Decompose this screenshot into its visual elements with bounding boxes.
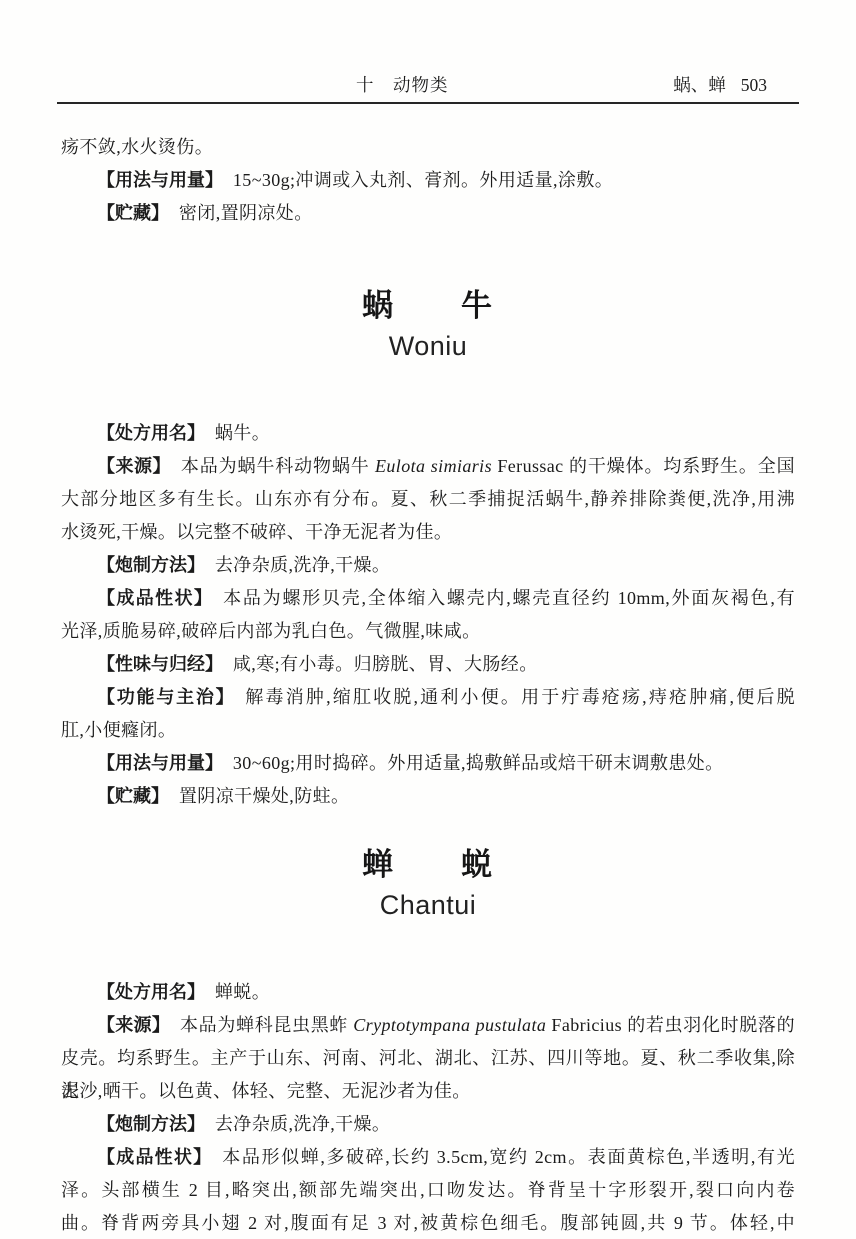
line-text: 去净杂质,洗净,干燥。 (215, 1114, 390, 1134)
text-line: 水烫死,干燥。以完整不破碎、干净无泥者为佳。 (61, 516, 795, 549)
running-head-title: 蜗、蝉 (673, 75, 726, 95)
field-label: 【用法与用量】 (97, 170, 223, 190)
line-text: 置阴凉干燥处,防蛀。 (179, 786, 350, 806)
line-text: 解毒消肿,缩肛收脱,通利小便。用于疔毒疮疡,痔疮肿痛,便后脱 (245, 687, 795, 707)
line-text: 本品为蜗牛科动物蜗牛 (181, 456, 375, 476)
header-divider-rule (57, 102, 799, 104)
text-line: 【处方用名】蜗牛。 (61, 417, 795, 450)
line-text: 30~60g;用时捣碎。外用适量,捣敷鲜品或焙干研末调敷患处。 (233, 753, 724, 773)
latin-species-name: Cryptotympana pustulata (353, 1015, 546, 1035)
field-label: 【来源】 (97, 1015, 170, 1035)
page-header: 十 动物类 蜗、蝉503 (61, 0, 795, 96)
chapter-heading: 十 动物类 (356, 72, 449, 97)
article-title-pinyin: Chantui (0, 890, 856, 920)
text-line: 曲。脊背两旁具小翅 2 对,腹面有足 3 对,被黄棕色细毛。腹部钝圆,共 9 节… (61, 1207, 795, 1239)
line-text: 本品为螺形贝壳,全体缩入螺壳内,螺壳直径约 10mm,外面灰褐色,有 (223, 588, 795, 608)
text-line: 【性味与归经】咸,寒;有小毒。归膀胱、胃、大肠经。 (61, 648, 795, 681)
page-number: 503 (741, 75, 767, 95)
text-line: 【来源】本品为蜗牛科动物蜗牛 Eulota simiaris Ferussac … (61, 450, 795, 483)
line-text: 泽。头部横生 2 目,略突出,额部先端突出,口吻发达。脊背呈十字形裂开,裂口向内… (61, 1180, 795, 1200)
text-line: 泽。头部横生 2 目,略突出,额部先端突出,口吻发达。脊背呈十字形裂开,裂口向内… (61, 1174, 795, 1207)
continuation-paragraphs: 疡不敛,水火烫伤。 【用法与用量】15~30g;冲调或入丸剂、膏剂。外用适量,涂… (61, 131, 795, 230)
text-line: 【炮制方法】去净杂质,洗净,干燥。 (61, 549, 795, 582)
text-line: 【成品性状】本品形似蝉,多破碎,长约 3.5cm,宽约 2cm。表面黄棕色,半透… (61, 1141, 795, 1174)
text-line: 【来源】本品为蝉科昆虫黑蚱 Cryptotympana pustulata Fa… (61, 1009, 795, 1042)
field-label: 【功能与主治】 (97, 687, 235, 707)
line-text: 15~30g;冲调或入丸剂、膏剂。外用适量,涂敷。 (233, 170, 613, 190)
text-line: 肛,小便癃闭。 (61, 714, 795, 747)
field-label: 【炮制方法】 (97, 1114, 205, 1134)
article-woniu-body: 【处方用名】蜗牛。 【来源】本品为蜗牛科动物蜗牛 Eulota simiaris… (61, 417, 795, 813)
line-text: 曲。脊背两旁具小翅 2 对,腹面有足 3 对,被黄棕色细毛。腹部钝圆,共 9 节… (61, 1213, 795, 1233)
line-text: 本品形似蝉,多破碎,长约 3.5cm,宽约 2cm。表面黄棕色,半透明,有光 (222, 1147, 795, 1167)
article-woniu-heading: 蜗 牛 Woniu (0, 287, 856, 361)
document-page: 十 动物类 蜗、蝉503 疡不敛,水火烫伤。 【用法与用量】15~30g;冲调或… (0, 0, 856, 1239)
text-line: 大部分地区多有生长。山东亦有分布。夏、秋二季捕捉活蜗牛,静养排除粪便,洗净,用沸 (61, 483, 795, 516)
line-text: 光泽,质脆易碎,破碎后内部为乳白色。气微腥,味咸。 (61, 621, 481, 641)
article-title-cn: 蝉 蜕 (0, 846, 856, 884)
line-text: Fabricius 的若虫羽化时脱落的 (546, 1015, 795, 1035)
line-text: 疡不敛,水火烫伤。 (61, 137, 213, 157)
field-label: 【成品性状】 (97, 1147, 212, 1167)
text-line: 【贮藏】置阴凉干燥处,防蛀。 (61, 780, 795, 813)
text-line: 【贮藏】密闭,置阴凉处。 (61, 197, 795, 230)
field-label: 【用法与用量】 (97, 753, 223, 773)
line-text: 肛,小便癃闭。 (61, 720, 176, 740)
field-label: 【贮藏】 (97, 786, 169, 806)
line-text: 蝉蜕。 (215, 982, 270, 1002)
line-text: 蜗牛。 (215, 423, 270, 443)
field-label: 【来源】 (97, 456, 171, 476)
text-line: 【用法与用量】30~60g;用时捣碎。外用适量,捣敷鲜品或焙干研末调敷患处。 (61, 747, 795, 780)
line-text: 泥沙,晒干。以色黄、体轻、完整、无泥沙者为佳。 (61, 1081, 471, 1101)
line-text: 咸,寒;有小毒。归膀胱、胃、大肠经。 (233, 654, 538, 674)
text-line: 皮壳。均系野生。主产于山东、河南、河北、湖北、江苏、四川等地。夏、秋二季收集,除… (61, 1042, 795, 1075)
line-text: 密闭,置阴凉处。 (179, 203, 313, 223)
text-line: 疡不敛,水火烫伤。 (61, 131, 795, 164)
field-label: 【成品性状】 (97, 588, 213, 608)
field-label: 【炮制方法】 (97, 555, 205, 575)
article-chantui-heading: 蝉 蜕 Chantui (0, 846, 856, 920)
article-title-cn: 蜗 牛 (0, 287, 856, 325)
field-label: 【贮藏】 (97, 203, 169, 223)
field-label: 【处方用名】 (97, 982, 205, 1002)
text-line: 【处方用名】蝉蜕。 (61, 976, 795, 1009)
text-line: 【功能与主治】解毒消肿,缩肛收脱,通利小便。用于疔毒疮疡,痔疮肿痛,便后脱 (61, 681, 795, 714)
text-line: 【用法与用量】15~30g;冲调或入丸剂、膏剂。外用适量,涂敷。 (61, 164, 795, 197)
line-text: 去净杂质,洗净,干燥。 (215, 555, 390, 575)
line-text: 大部分地区多有生长。山东亦有分布。夏、秋二季捕捉活蜗牛,静养排除粪便,洗净,用沸 (61, 489, 795, 509)
text-line: 光泽,质脆易碎,破碎后内部为乳白色。气微腥,味咸。 (61, 615, 795, 648)
article-title-pinyin: Woniu (0, 331, 856, 361)
latin-species-name: Eulota simiaris (375, 456, 492, 476)
text-line: 【炮制方法】去净杂质,洗净,干燥。 (61, 1108, 795, 1141)
field-label: 【性味与归经】 (97, 654, 223, 674)
line-text: 本品为蝉科昆虫黑蚱 (180, 1015, 353, 1035)
text-line: 【成品性状】本品为螺形贝壳,全体缩入螺壳内,螺壳直径约 10mm,外面灰褐色,有 (61, 582, 795, 615)
text-line: 泥沙,晒干。以色黄、体轻、完整、无泥沙者为佳。 (61, 1075, 795, 1108)
running-head: 蜗、蝉503 (673, 72, 767, 97)
line-text: Ferussac 的干燥体。均系野生。全国 (492, 456, 795, 476)
field-label: 【处方用名】 (97, 423, 205, 443)
line-text: 水烫死,干燥。以完整不破碎、干净无泥者为佳。 (61, 522, 452, 542)
article-chantui-body: 【处方用名】蝉蜕。 【来源】本品为蝉科昆虫黑蚱 Cryptotympana pu… (61, 976, 795, 1239)
